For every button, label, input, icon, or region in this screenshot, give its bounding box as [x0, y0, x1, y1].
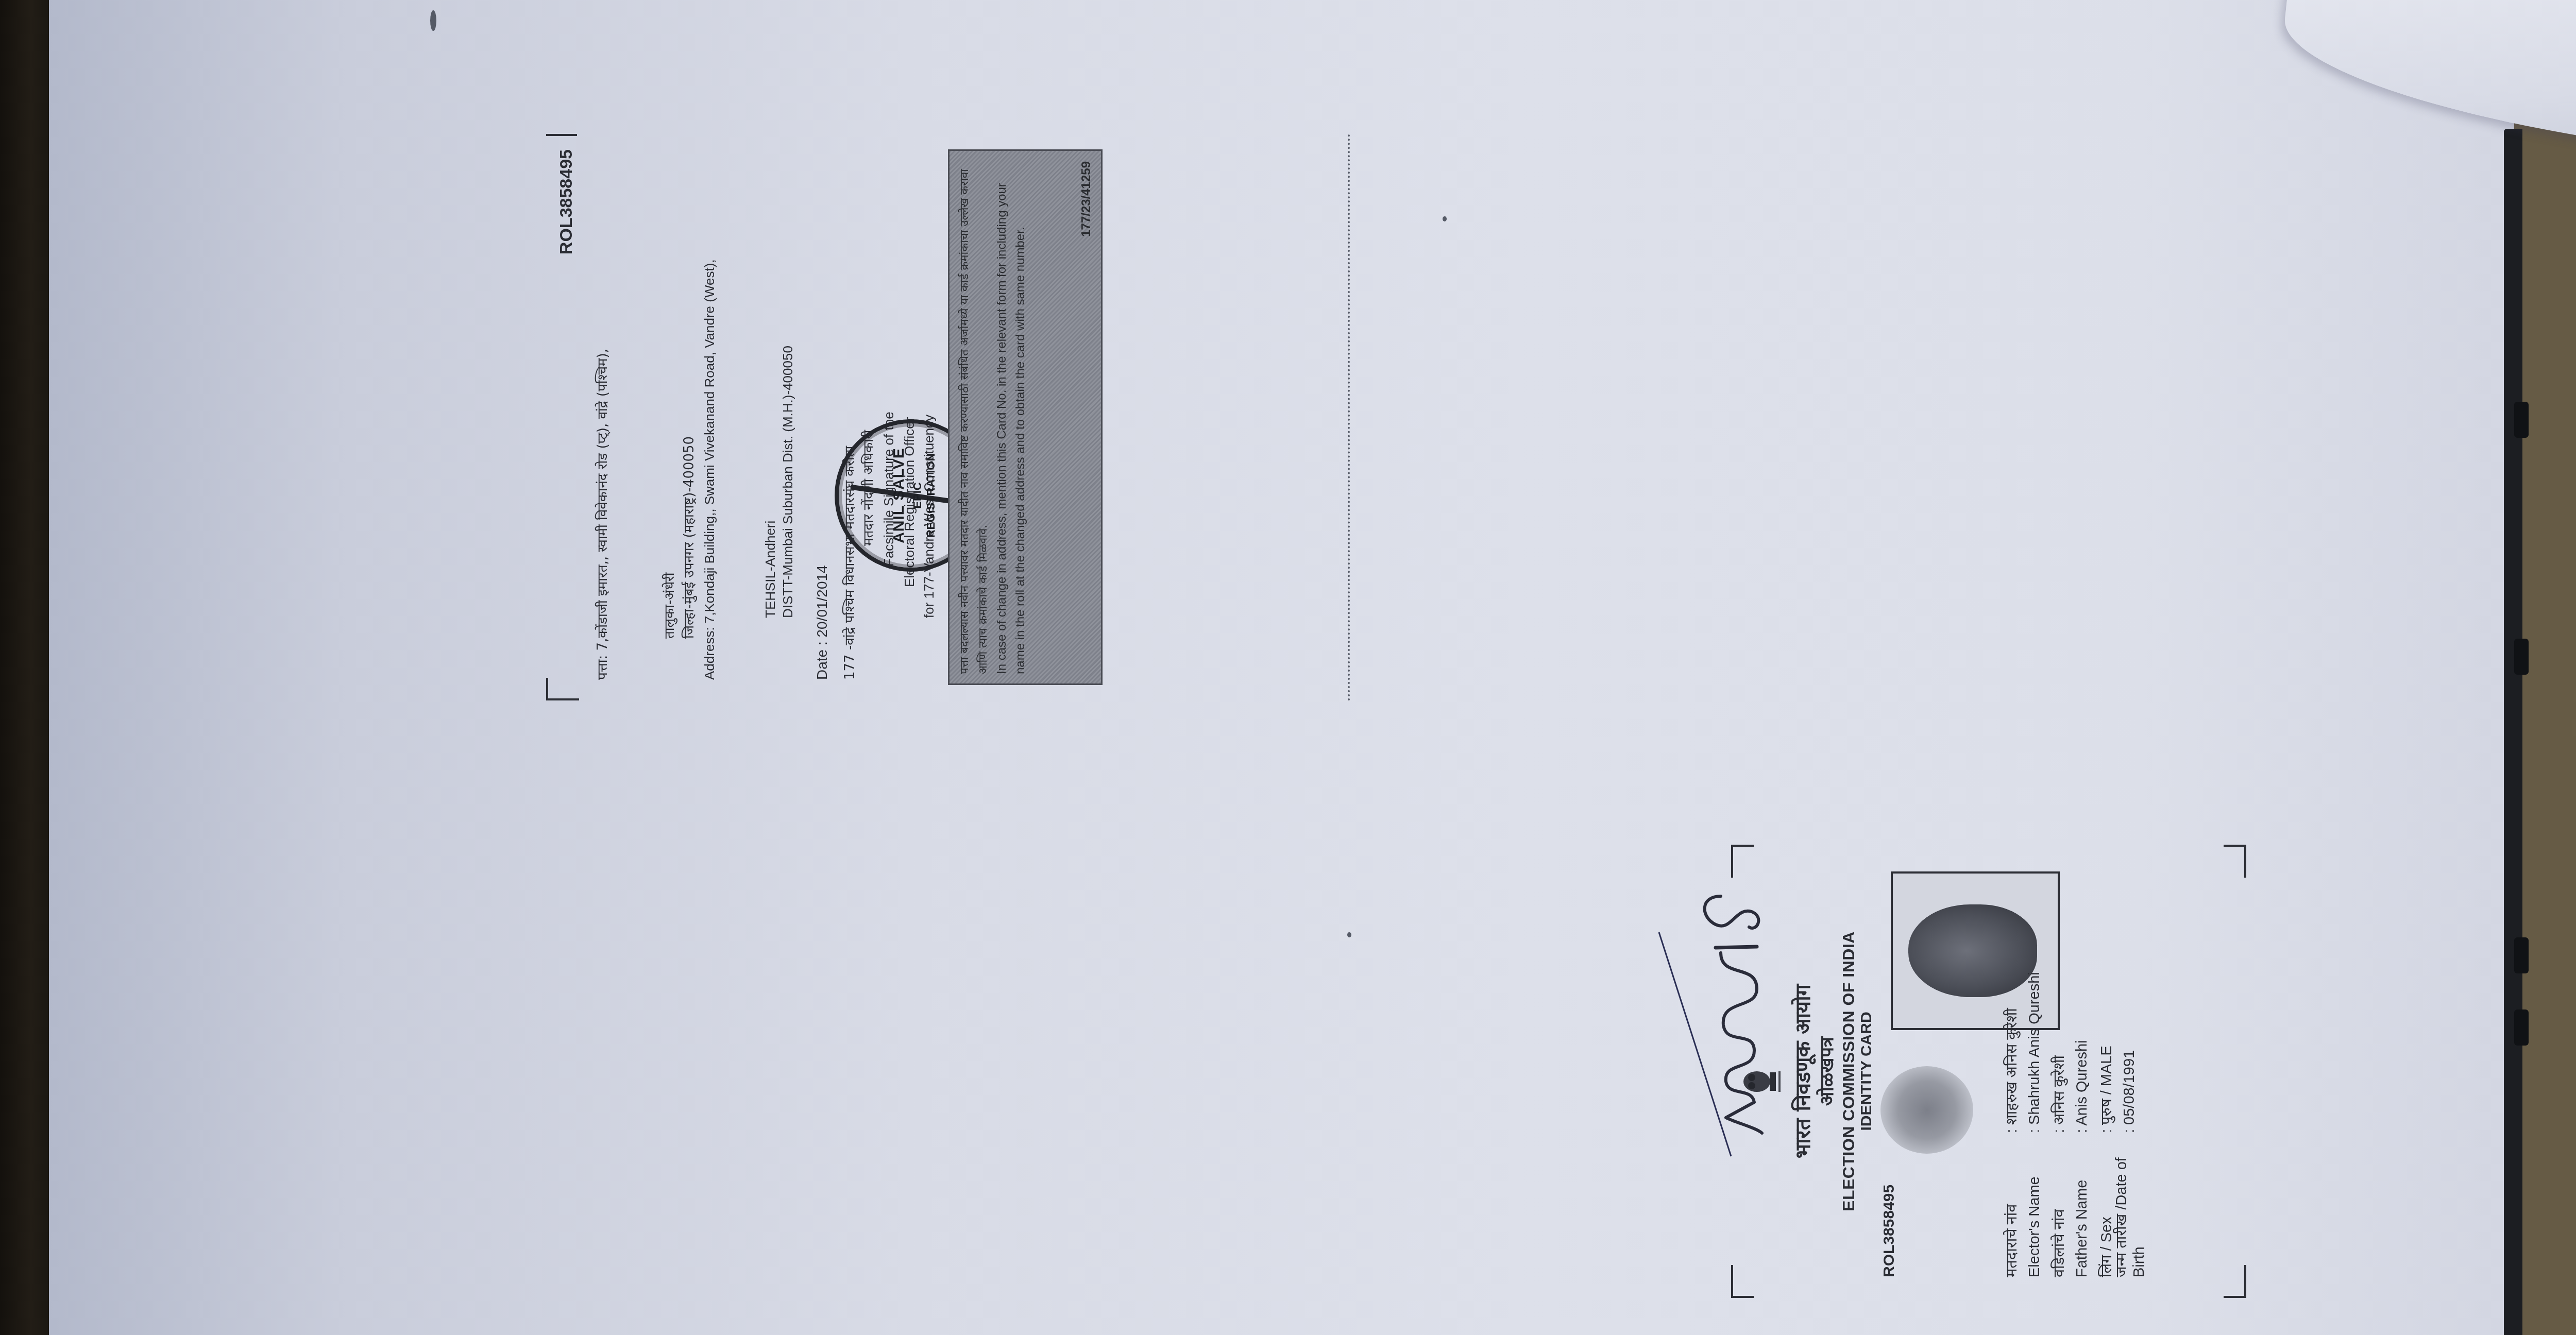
stamp-title: EPIC REGISTRATION [911, 444, 938, 547]
address-hindi-value: 7,कोंडाजी इमारत,, स्वामी विवेकानंद रोड (… [595, 349, 611, 651]
title-english: ELECTION COMMISSION OF INDIA [1839, 845, 1858, 1298]
ink-speck [430, 10, 436, 31]
field-label: Father's Name [2074, 1133, 2091, 1277]
voter-id-back: ROL3858495 पत्ता: 7,कोंडाजी इमारत,, स्वा… [546, 0, 1113, 700]
title-hindi: भारत निवडणूक आयोग [1788, 845, 1816, 1298]
hologram-seal [1880, 1066, 1973, 1154]
binder-ring [2514, 1009, 2529, 1046]
address-hindi: पत्ता: 7,कोंडाजी इमारत,, स्वामी विवेकानं… [592, 165, 613, 680]
binder-ring [2514, 937, 2529, 973]
taluka-hindi: तालुका-अंधेरी [659, 573, 678, 639]
detail-row: वडिलांचे नांव : अनिस कुरेशी [2046, 845, 2070, 1277]
address-hindi-label: पत्ता: [595, 655, 611, 680]
field-value: : 05/08/1991 [2121, 845, 2138, 1133]
epic-number-back: ROL3858495 [556, 149, 577, 254]
voter-id-front: भारत निवडणूक आयोग ओळखपत्र ELECTION COMMI… [1731, 783, 2339, 1298]
binder-left-edge [0, 0, 52, 1335]
field-value: : Shahrukh Anis Qureshi [2026, 845, 2043, 1133]
crop-mark [1731, 1265, 1754, 1298]
serial-number: 177/23/41259 [1077, 161, 1096, 237]
field-value: : पुरुष / MALE [2096, 845, 2116, 1133]
notice-hindi: पत्ता बदलल्यास नवीन पत्त्यावर मतदार यादी… [956, 160, 993, 674]
detail-row: Elector's Name : Shahrukh Anis Qureshi [2023, 845, 2046, 1277]
address-change-notice: पत्ता बदलल्यास नवीन पत्त्यावर मतदार यादी… [948, 149, 1103, 685]
crop-mark [1731, 845, 1754, 878]
issue-date: Date : 20/01/2014 [814, 565, 831, 680]
epic-number: ROL3858495 [1880, 1185, 1898, 1277]
crop-mark [2224, 1265, 2246, 1298]
address-english: Address: 7,Kondaji Building,, Swami Vive… [701, 165, 718, 680]
notice-english: In case of change in address, mention th… [993, 160, 1030, 674]
cut-line [1348, 134, 1350, 700]
handwritten-signature [1638, 876, 1772, 1164]
detail-row: Father's Name : Anis Qureshi [2070, 845, 2094, 1277]
binder-ring [2514, 402, 2529, 438]
field-label: मतदाराचे नांव [2001, 1133, 2021, 1277]
elector-details: मतदाराचे नांव : शाहरुख अनिस कुरेशी Elect… [1999, 845, 2141, 1277]
field-label: जन्म तारीख /Date of Birth [2111, 1133, 2148, 1277]
detail-row: जन्म तारीख /Date of Birth : 05/08/1991 [2117, 845, 2141, 1277]
field-label: वडिलांचे नांव [2048, 1133, 2069, 1277]
address-english-label: Address: [702, 627, 717, 680]
tehsil: TEHSIL-Andheri [762, 521, 778, 618]
detail-row: मतदाराचे नांव : शाहरुख अनिस कुरेशी [1999, 845, 2023, 1277]
field-value: : शाहरुख अनिस कुरेशी [2001, 845, 2021, 1133]
date-label: Date [814, 649, 830, 680]
subtitle-hindi: ओळखपत्र [1814, 845, 1839, 1298]
binder-ring [2514, 639, 2529, 675]
district: DISTT-Mumbai Suburban Dist. (M.H.)-40005… [780, 346, 796, 618]
stamp-name: ANIL SALVE [890, 444, 908, 547]
date-value: : 20/01/2014 [814, 565, 830, 645]
field-label: Elector's Name [2026, 1133, 2043, 1277]
field-value: : Anis Qureshi [2074, 845, 2091, 1133]
district-hindi: जिल्हा-मुंबई उपनगर (महाराष्ट्र)-400050 [679, 436, 698, 639]
crop-mark [546, 678, 579, 700]
ink-speck [1347, 932, 1351, 937]
binder-spine [2504, 129, 2522, 1335]
crop-mark [546, 134, 577, 136]
ink-speck [1443, 216, 1447, 221]
address-english-value: 7,Kondaji Building,, Swami Vivekanand Ro… [702, 259, 717, 623]
field-value: : अनिस कुरेशी [2048, 845, 2069, 1133]
crop-mark [2224, 845, 2246, 878]
subtitle-english: IDENTITY CARD [1858, 845, 1875, 1298]
